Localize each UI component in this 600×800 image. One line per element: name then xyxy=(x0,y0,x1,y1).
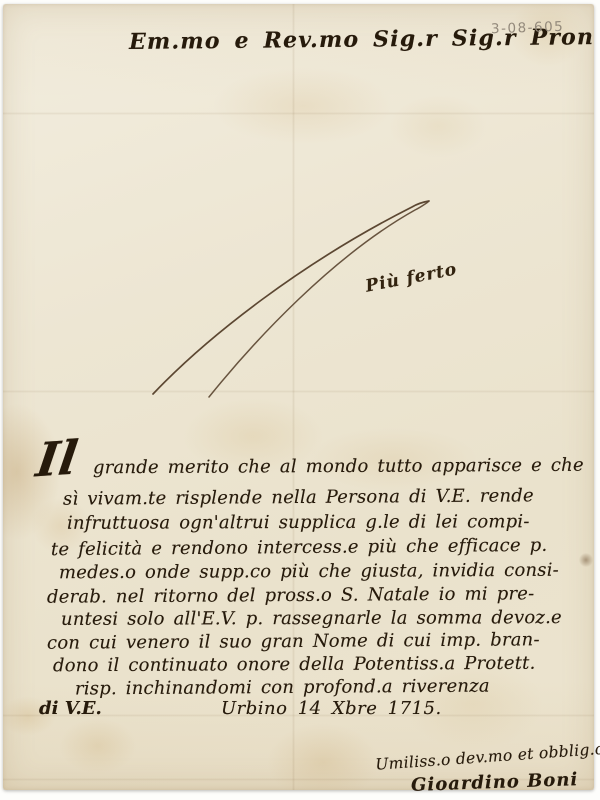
body-line: derab. nel ritorno del pross.o S. Natale… xyxy=(47,583,535,607)
fold-crease-middle xyxy=(3,390,594,393)
letter-scan: Em.mo e Rev.mo Sig.r Sig.r Pron Col.mo 3… xyxy=(0,0,600,800)
drop-cap: Il xyxy=(33,431,81,489)
dateline: Urbino 14 Xbre 1715. xyxy=(221,698,442,719)
fold-crease-top xyxy=(3,112,594,115)
body-line: medes.o onde supp.co più che giusta, inv… xyxy=(59,560,559,584)
body-line: risp. inchinandomi con profond.a riveren… xyxy=(75,676,490,700)
body-line: untesi solo all'E.V. p. rassegnarle la s… xyxy=(61,607,562,630)
body-line: infruttuosa ogn'altrui supplica g.le di … xyxy=(67,511,530,534)
body-line: grande merito che al mondo tutto apparis… xyxy=(93,455,584,479)
docket-note: Più ferto xyxy=(364,259,459,296)
body-line: dono il continuato onore della Potentiss… xyxy=(53,653,536,677)
body-line: con cui venero il suo gran Nome di cui i… xyxy=(47,629,540,653)
catalog-number: 3-08-605 xyxy=(491,19,565,38)
body-line: te felicità e rendono intercess.e più ch… xyxy=(51,535,547,560)
closing: di V.E. xyxy=(39,698,102,719)
letter-page: Em.mo e Rev.mo Sig.r Sig.r Pron Col.mo 3… xyxy=(3,4,594,790)
signature-line: Umiliss.o dev.mo et obblig.o ser.re xyxy=(375,736,600,774)
signature-name: Gioardino Boni xyxy=(411,769,579,796)
body-line: sì vivam.te risplende nella Persona di V… xyxy=(63,485,534,509)
